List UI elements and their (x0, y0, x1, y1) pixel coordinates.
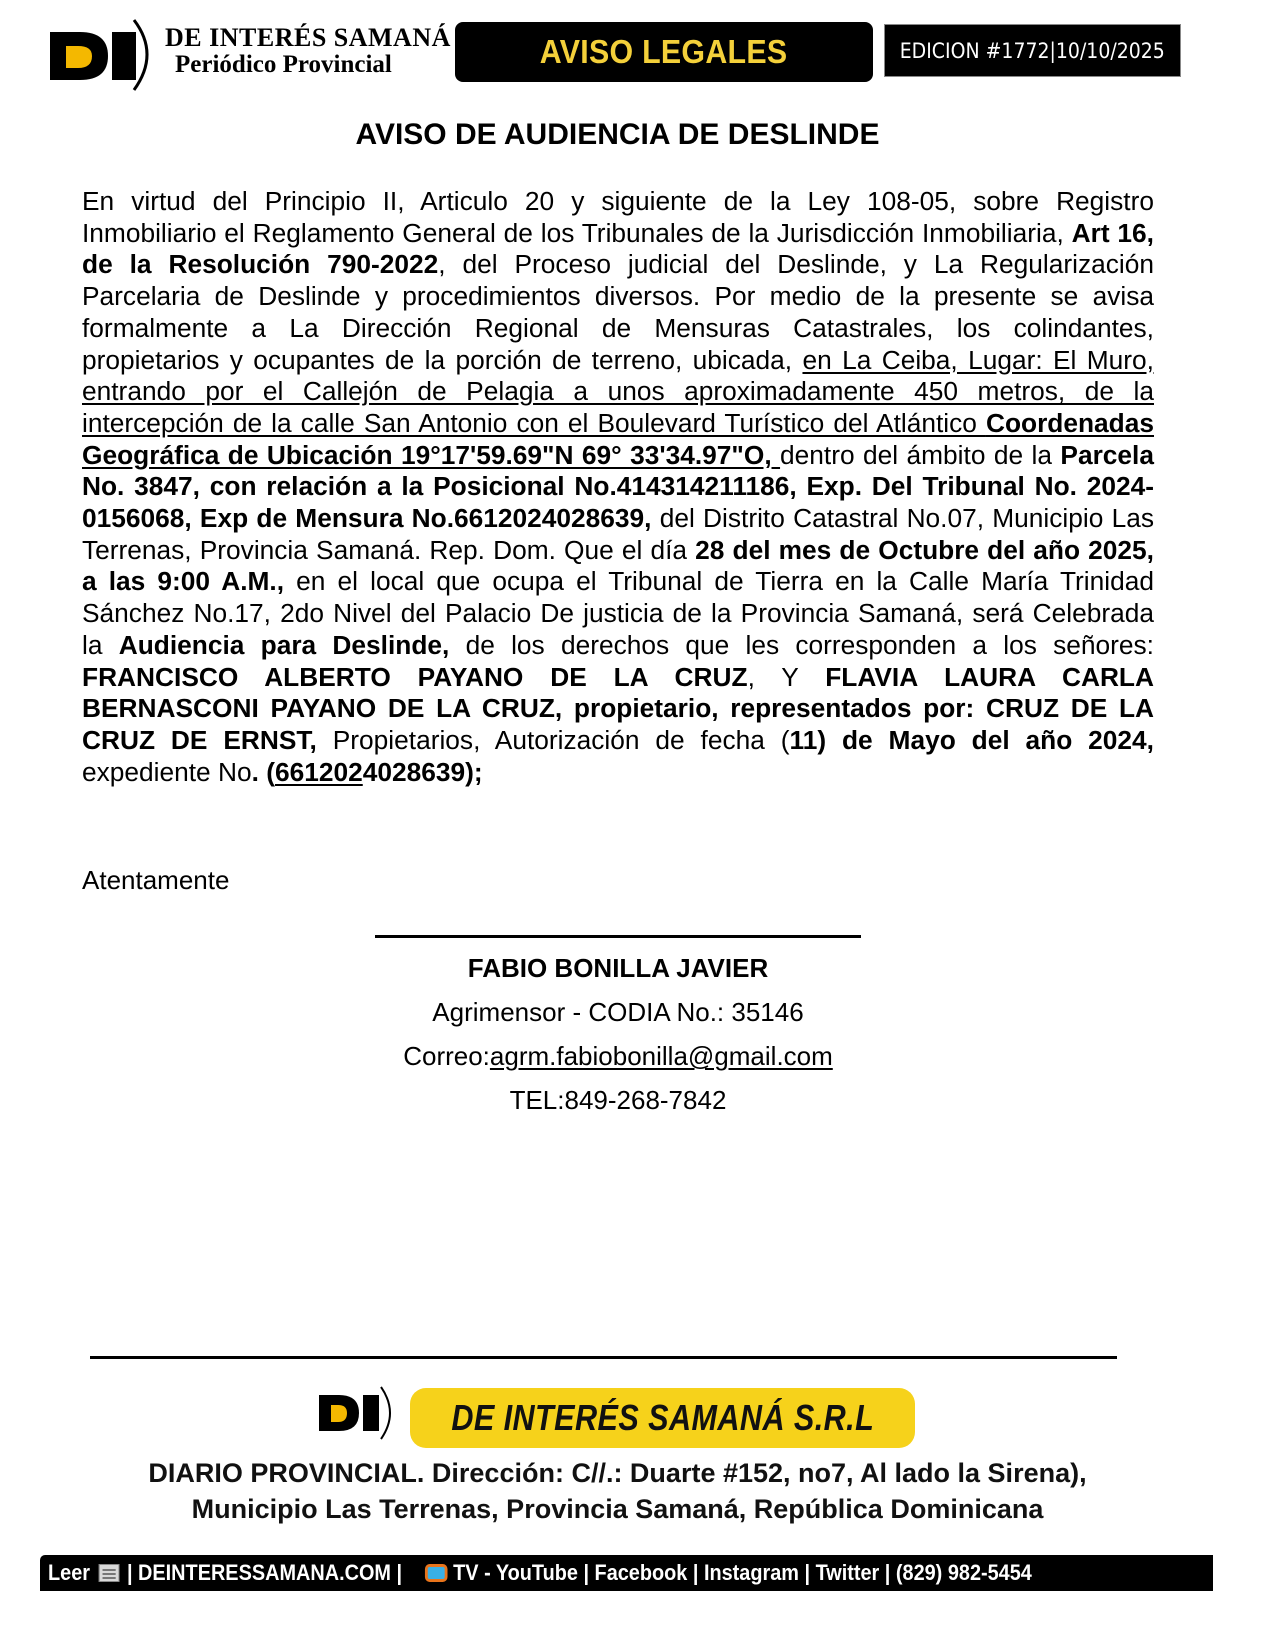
email-link[interactable]: agrm.fabiobonilla@gmail.com (490, 1041, 833, 1071)
notice-segment: de los derechos que les corresponden a l… (449, 630, 1154, 660)
notice-segment: 11) de Mayo del año 2024, (790, 725, 1154, 755)
footer-di-logo-icon (317, 1385, 397, 1441)
company-banner: DE INTERÉS SAMANÁ S.R.L (410, 1388, 915, 1448)
newspaper-icon (98, 1564, 119, 1582)
notice-segment: En virtud del Principio II, Articulo 20 … (82, 186, 1154, 248)
notice-segment: expediente No (82, 757, 252, 787)
edition-label: EDICION #1772|10/10/2025 (900, 39, 1165, 63)
read-label: Leer (48, 1560, 90, 1586)
footer-divider (90, 1356, 1117, 1359)
brand-name: DE INTERÉS SAMANÁ Periódico Provincial (165, 24, 451, 78)
closing: Atentamente (82, 865, 229, 896)
section-label: AVISO LEGALES (540, 33, 788, 71)
signature-line (375, 935, 861, 938)
notice-segment: Audiencia para Deslinde, (119, 630, 450, 660)
notice-segment: . ( (252, 757, 275, 787)
brand-line2: Periódico Provincial (165, 51, 451, 78)
signer-title: Agrimensor - CODIA No.: 35146 (320, 997, 916, 1028)
website-link[interactable]: | DEINTERESSAMANA.COM | (127, 1560, 402, 1586)
signer-phone: TEL:849-268-7842 (320, 1085, 916, 1116)
company-name: DE INTERÉS SAMANÁ S.R.L (451, 1397, 874, 1439)
notice-segment: Propietarios, Autorización de fecha ( (317, 725, 790, 755)
signer-name: FABIO BONILLA JAVIER (320, 953, 916, 984)
notice-segment: 4028639); (363, 757, 483, 787)
signer-email: Correo:agrm.fabiobonilla@gmail.com (320, 1041, 916, 1072)
notice-segment: FRANCISCO ALBERTO PAYANO DE LA CRUZ (82, 662, 748, 692)
notice-body: En virtud del Principio II, Articulo 20 … (82, 186, 1154, 788)
brand-line1: DE INTERÉS SAMANÁ (165, 24, 451, 51)
notice-segment: dentro del ámbito de la (780, 440, 1060, 470)
di-logo-icon (48, 16, 158, 92)
social-links[interactable]: TV - YouTube | Facebook | Instagram | Tw… (453, 1560, 1032, 1586)
notice-title: AVISO DE AUDIENCIA DE DESLINDE (0, 118, 1235, 152)
section-label-box: AVISO LEGALES (455, 22, 873, 82)
edition-box: EDICION #1772|10/10/2025 (884, 24, 1181, 77)
notice-segment: , Y (748, 662, 826, 692)
notice-segment: 661202 (275, 757, 363, 787)
address-line1: DIARIO PROVINCIAL. Dirección: C//.: Duar… (0, 1458, 1235, 1489)
television-icon (425, 1564, 448, 1582)
address-line2: Municipio Las Terrenas, Provincia Samaná… (0, 1494, 1235, 1525)
email-label: Correo: (403, 1041, 490, 1071)
contact-bar: Leer | DEINTERESSAMANA.COM | TV - YouTub… (40, 1555, 1213, 1591)
